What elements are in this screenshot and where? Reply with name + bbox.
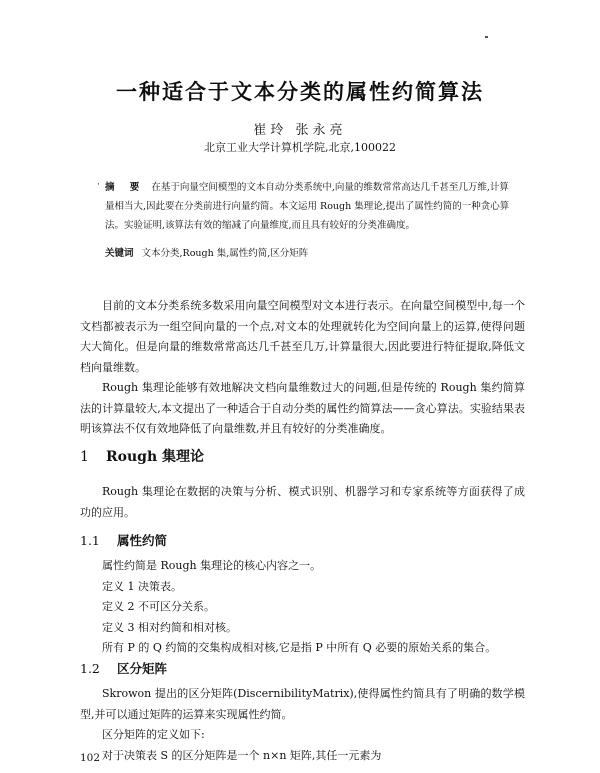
abstract-text: 在基于向量空间模型的文本自动分类系统中,向量的维数常常高达几千甚至几万维,计算量… (105, 182, 509, 231)
definition-1: 定义 1 决策表。 (80, 577, 525, 598)
section-1-1-heading: 1.1属性约简 (80, 531, 167, 549)
bullet-dot: · (97, 180, 100, 190)
s12-line: 区分矩阵的定义如下: (80, 725, 525, 746)
s12-line: 对于决策表 S 的区分矩阵是一个 n×n 矩阵,其任一元素为 (80, 746, 525, 767)
authors: 崔玲 张永亮 (0, 119, 600, 138)
definition-3: 定义 3 相对约简和相对核。 (80, 618, 525, 639)
subsection-number: 1.2 (80, 661, 117, 676)
scan-mark (485, 36, 488, 38)
affiliation: 北京工业大学计算机学院,北京,100022 (0, 139, 600, 155)
s11-line: 属性约简是 Rough 集理论的核心内容之一。 (80, 556, 525, 577)
keywords-text: 文本分类,Rough 集,属性约简,区分矩阵 (142, 248, 309, 259)
abstract: 摘 要在基于向量空间模型的文本自动分类系统中,向量的维数常常高达几千甚至几万维,… (105, 178, 517, 235)
s11-line: 所有 P 的 Q 约简的交集构成相对核,它是指 P 中所有 Q 必要的原始关系的… (80, 638, 525, 659)
section-1-paragraph: Rough 集理论在数据的决策与分析、模式识别、机器学习和专家系统等方面获得了成… (80, 482, 525, 523)
subsection-number: 1.1 (80, 533, 117, 548)
section-1-body: Rough 集理论在数据的决策与分析、模式识别、机器学习和专家系统等方面获得了成… (80, 482, 525, 523)
section-number: 1 (80, 449, 106, 465)
section-1-2-heading: 1.2区分矩阵 (80, 659, 167, 677)
subsection-title: 属性约简 (117, 533, 167, 548)
section-1-2-body: Skrowon 提出的区分矩阵(DiscernibilityMatrix),使得… (80, 684, 525, 766)
paper-title: 一种适合于文本分类的属性约简算法 (0, 76, 600, 106)
keywords: 关键词文本分类,Rough 集,属性约简,区分矩阵 (105, 245, 517, 259)
definition-2: 定义 2 不可区分关系。 (80, 597, 525, 618)
section-1-1-body: 属性约简是 Rough 集理论的核心内容之一。 定义 1 决策表。 定义 2 不… (80, 556, 525, 659)
subsection-title: 区分矩阵 (117, 661, 167, 676)
s12-paragraph: Skrowon 提出的区分矩阵(DiscernibilityMatrix),使得… (80, 684, 525, 725)
intro-paragraph-2: Rough 集理论能够有效地解决文档向量维数过大的问题,但是传统的 Rough … (80, 378, 525, 440)
section-1-heading: 1Rough 集理论 (80, 446, 204, 466)
abstract-label: 摘 要 (105, 182, 145, 193)
section-title: Rough 集理论 (106, 449, 204, 465)
keywords-label: 关键词 (105, 248, 134, 259)
introduction: 目前的文本分类系统多数采用向量空间模型对文本进行表示。在向量空间模型中,每一个文… (80, 296, 525, 440)
page-number: 102 (80, 752, 100, 764)
intro-paragraph-1: 目前的文本分类系统多数采用向量空间模型对文本进行表示。在向量空间模型中,每一个文… (80, 296, 525, 378)
